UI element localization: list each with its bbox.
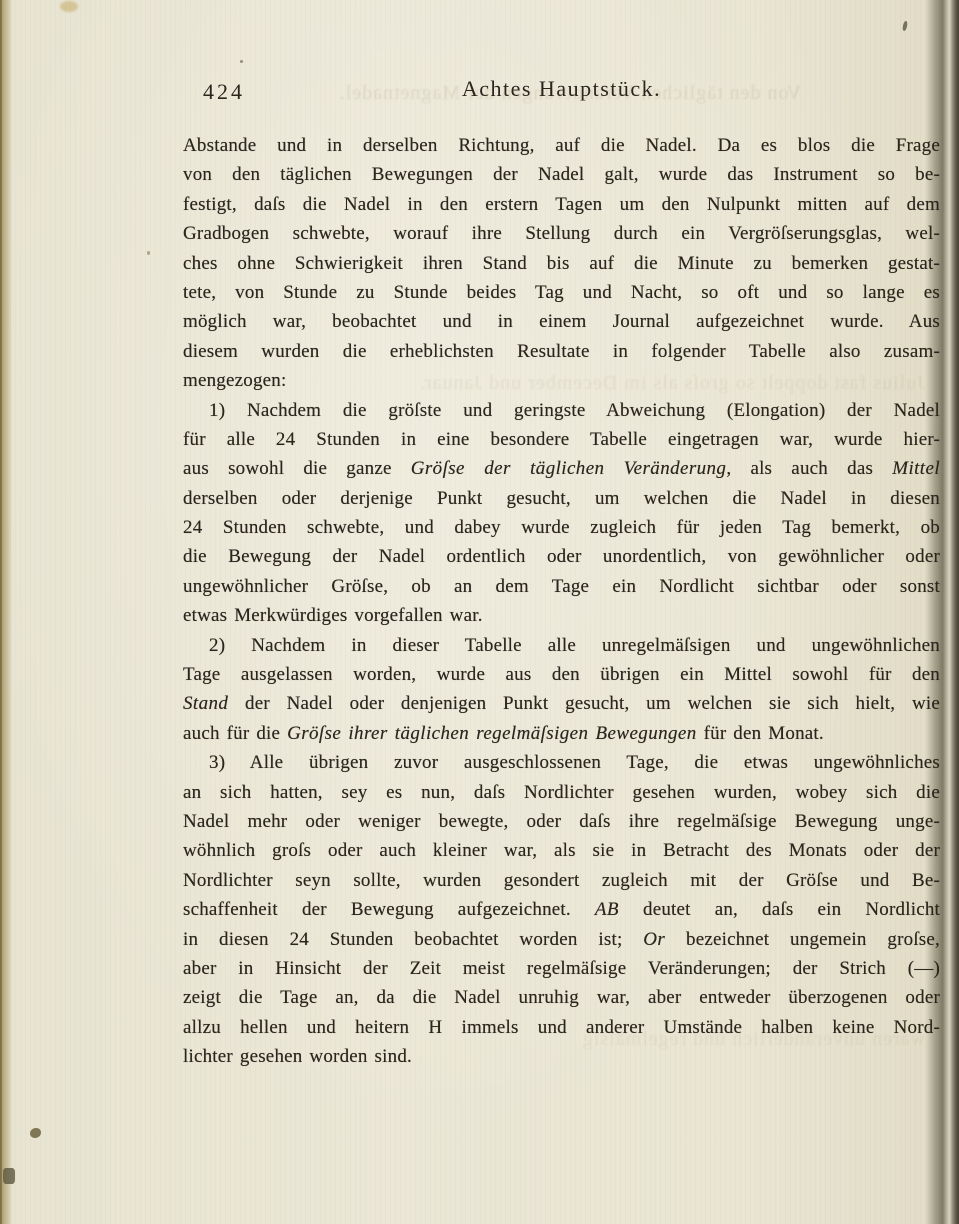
ink-speck — [902, 21, 908, 32]
text-line: 3) Alle übrigen zuvor ausgeschlossenen T… — [183, 748, 940, 777]
text-line: aber in Hinsicht der Zeit meist regelmäſ… — [183, 954, 940, 983]
text-line: auch für die Gröſse ihrer täglichen rege… — [183, 719, 940, 748]
text-line: zeigt die Tage an, da die Nadel unruhig … — [183, 983, 940, 1012]
paragraph: 3) Alle übrigen zuvor ausgeschlossenen T… — [183, 748, 940, 1071]
text-line: ches ohne Schwierigkeit ihren Stand bis … — [183, 249, 940, 278]
text-body: Abstande und in derselben Richtung, auf … — [183, 131, 940, 1072]
paragraph: 1) Nachdem die gröſste und geringste Abw… — [183, 396, 940, 631]
text-line: derselben oder derjenige Punkt gesucht, … — [183, 484, 940, 513]
text-line: an sich hatten, sey es nun, daſs Nordlic… — [183, 778, 940, 807]
ink-blot — [30, 1128, 41, 1138]
text-line: für alle 24 Stunden in eine besondere Ta… — [183, 425, 940, 454]
ink-speck — [240, 60, 243, 63]
text-line: möglich war, beobachtet und in einem Jou… — [183, 307, 940, 336]
page-number: 424 — [203, 79, 245, 105]
text-line: Gradbogen schwebte, worauf ihre Stellung… — [183, 219, 940, 248]
paper-stain — [60, 1, 78, 12]
ink-speck — [147, 251, 150, 255]
text-line: Nadel mehr oder weniger bewegte, oder da… — [183, 807, 940, 836]
paragraph: 2) Nachdem in dieser Tabelle alle unrege… — [183, 631, 940, 749]
text-line: Nordlichter seyn sollte, wurden gesonder… — [183, 866, 940, 895]
text-line: aus sowohl die ganze Gröſse der tägliche… — [183, 454, 940, 483]
text-line: tete, von Stunde zu Stunde beides Tag un… — [183, 278, 940, 307]
text-line: schaffenheit der Bewegung aufgezeichnet.… — [183, 895, 940, 924]
text-line: wöhnlich groſs oder auch kleiner war, al… — [183, 836, 940, 865]
text-line: mengezogen: — [183, 366, 940, 395]
text-line: Tage ausgelassen worden, wurde aus den ü… — [183, 660, 940, 689]
text-line: in diesen 24 Stunden beobachtet worden i… — [183, 925, 940, 954]
text-line: von den täglichen Bewegungen der Nadel g… — [183, 160, 940, 189]
text-line: diesem wurden die erheblichsten Resultat… — [183, 337, 940, 366]
text-line: lichter gesehen worden sind. — [183, 1042, 940, 1071]
text-line: Abstande und in derselben Richtung, auf … — [183, 131, 940, 160]
text-line: 1) Nachdem die gröſste und geringste Abw… — [183, 396, 940, 425]
page-header: 424 Achtes Hauptstück. — [183, 76, 940, 110]
text-line: allzu hellen und heitern H immels und an… — [183, 1013, 940, 1042]
paragraph: Abstande und in derselben Richtung, auf … — [183, 131, 940, 396]
text-line: 2) Nachdem in dieser Tabelle alle unrege… — [183, 631, 940, 660]
text-line: festigt, daſs die Nadel in den erstern T… — [183, 190, 940, 219]
text-line: 24 Stunden schwebte, und dabey wurde zug… — [183, 513, 940, 542]
text-line: etwas Merkwürdiges vorgefallen war. — [183, 601, 940, 630]
book-page-scan: Von den täglichen Veränderungen der Magn… — [0, 0, 959, 1224]
running-header: Achtes Hauptstück. — [183, 76, 940, 102]
text-line: ungewöhnlicher Gröſse, ob an dem Tage ei… — [183, 572, 940, 601]
text-line: die Bewegung der Nadel ordentlich oder u… — [183, 542, 940, 571]
page-left-edge-line — [0, 0, 2, 1224]
text-line: Stand der Nadel oder denjenigen Punkt ge… — [183, 689, 940, 718]
